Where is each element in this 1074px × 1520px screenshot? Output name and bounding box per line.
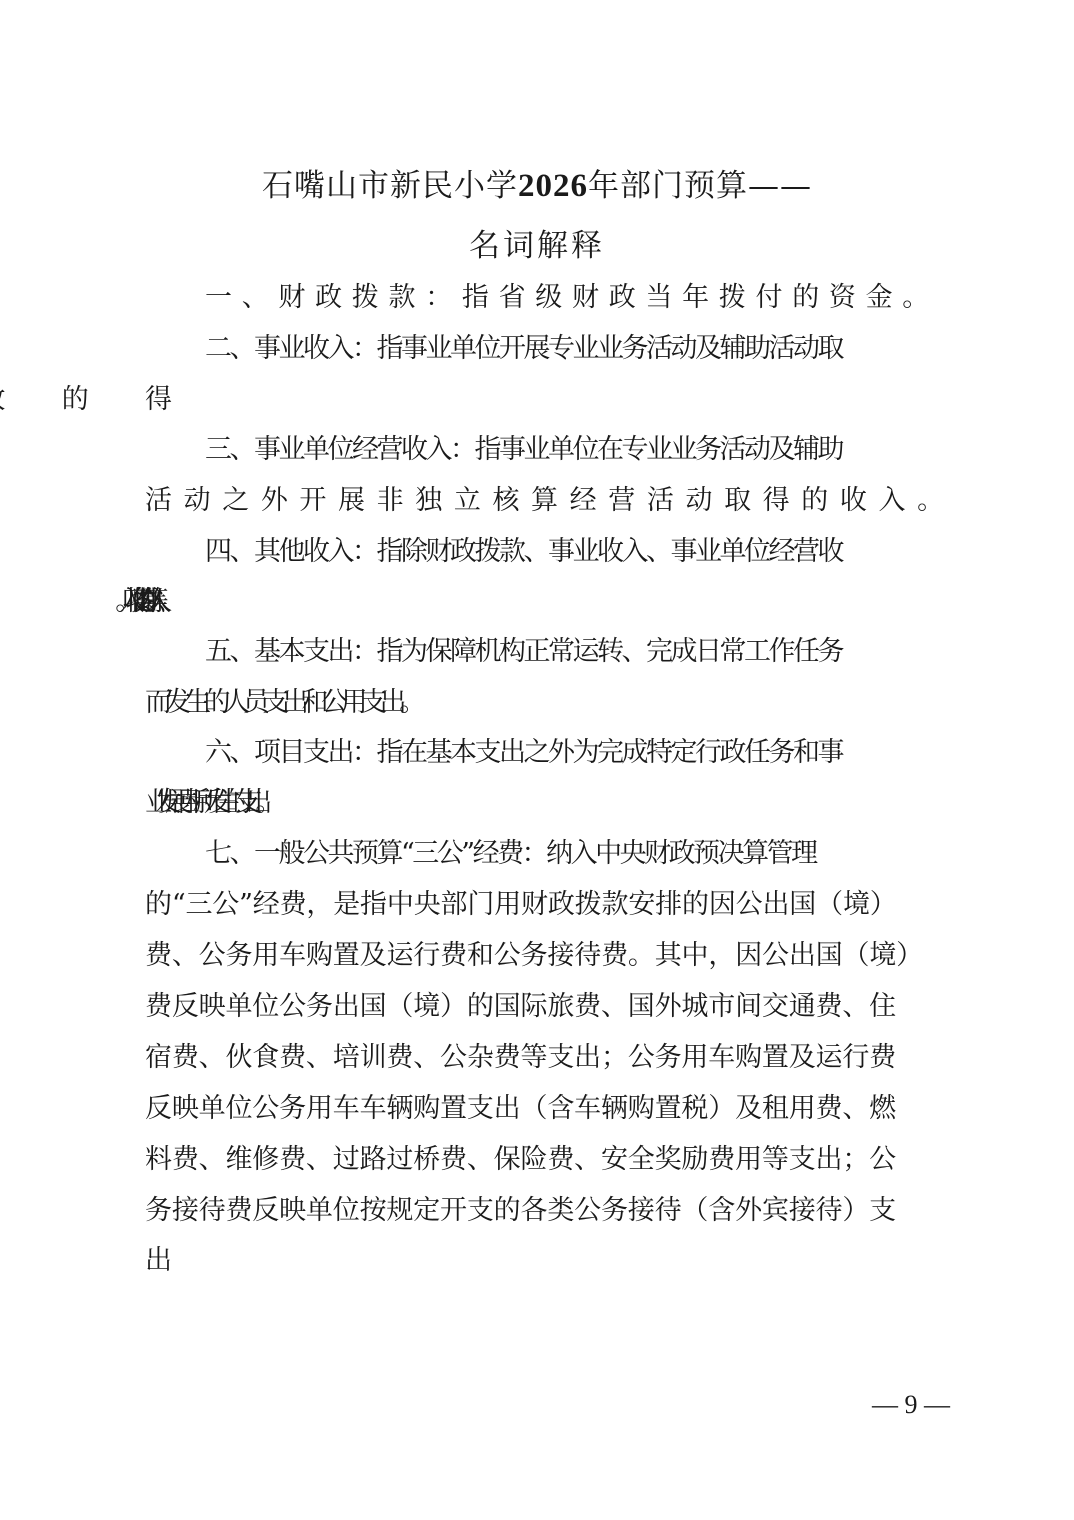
paragraph-line: 三、事业单位经营收入：指事业单位在专业业务活动及辅助 xyxy=(205,430,1005,470)
paragraph-line: 的“三公”经费，是指中央部门用财政拨款安排的因公出国（境） xyxy=(145,885,945,925)
paragraph-line: 出。 xyxy=(145,1241,945,1281)
paragraph-line: 得的收入。 xyxy=(145,380,945,420)
paragraph-line: 务接待费反映单位按规定开支的各类公务接待（含外宾接待）支 xyxy=(145,1191,945,1231)
title-prefix: 石嘴山市新民小学 xyxy=(262,168,518,204)
paragraph-line: 料费、维修费、过路过桥费、保险费、安全奖励费用等支出；公 xyxy=(145,1140,945,1180)
paragraph-line: 业发展目标所发生的支出。 xyxy=(145,783,945,823)
paragraph-line: 六、项目支出：指在基本支出之外为完成特定行政任务和事 xyxy=(205,733,1005,773)
paragraph-line: 费、公务用车购置及运行费和公务接待费。其中，因公出国（境） xyxy=(145,936,945,976)
title-year: 2026 xyxy=(518,168,588,204)
paragraph-line: 四、其他收入：指除财政拨款、事业收入、事业单位经营收 xyxy=(205,532,1005,572)
document-title-line2: 名词解释 xyxy=(0,220,1074,265)
paragraph-line: 五、基本支出：指为保障机构正常运转、完成日常工作任务 xyxy=(205,632,1005,672)
paragraph-line: 活动之外开展非独立核算经营活动取得的收入。 xyxy=(145,481,945,521)
paragraph-line: 反映单位公务用车车辆购置支出（含车辆购置税）及租用费、燃 xyxy=(145,1089,945,1129)
paragraph-line: 一、财政拨款：指省级财政当年拨付的资金。 xyxy=(205,278,1005,318)
document-page: 石嘴山市新民小学2026年部门预算—— 名词解释 一、财政拨款：指省级财政当年拨… xyxy=(0,0,1074,1520)
paragraph-line: 二、事业收入：指事业单位开展专业业务活动及辅助活动取 xyxy=(205,329,1005,369)
paragraph-line: 而发生的人员支出和公用支出。 xyxy=(145,683,945,723)
paragraph-line: 入等以外的各项收入。 xyxy=(145,582,945,622)
paragraph-line: 七、一般公共预算“三公”经费：纳入中央财政预决算管理 xyxy=(205,834,1005,874)
paragraph-line: 宿费、伙食费、培训费、公杂费等支出；公务用车购置及运行费 xyxy=(145,1038,945,1078)
title-suffix: 年部门预算—— xyxy=(588,168,812,204)
page-number: — 9 — xyxy=(850,1390,950,1420)
paragraph-line: 费反映单位公务出国（境）的国际旅费、国外城市间交通费、住 xyxy=(145,987,945,1027)
document-title-line1: 石嘴山市新民小学2026年部门预算—— xyxy=(0,160,1074,205)
